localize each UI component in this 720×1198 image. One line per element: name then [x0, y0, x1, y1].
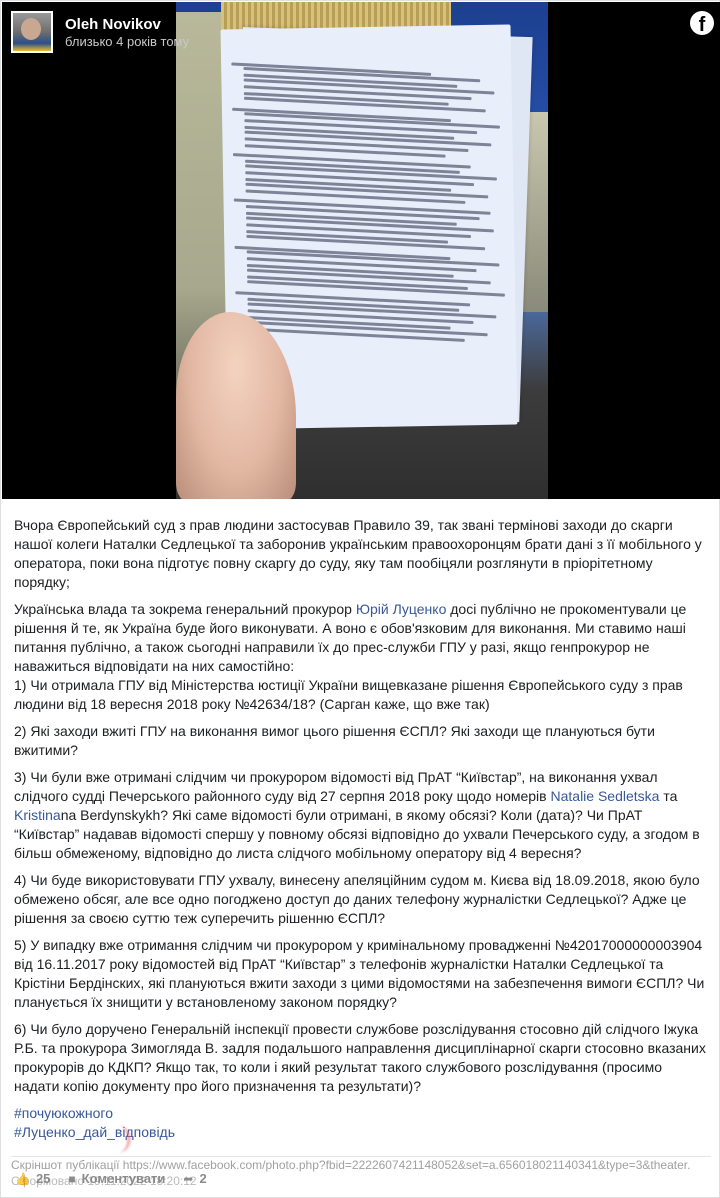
post-media[interactable]: Oleh Novikov близько 4 років тому f	[2, 2, 720, 499]
footer-divider	[11, 1156, 711, 1157]
text: та	[659, 788, 677, 804]
question-1: 1) Чи отримала ГПУ від Міністерства юсти…	[14, 677, 683, 712]
post-card: Oleh Novikov близько 4 років тому f Вчор…	[0, 0, 720, 1198]
like-count: 25	[36, 1171, 50, 1186]
post-photo[interactable]	[176, 2, 548, 499]
mention-link-kristina[interactable]: Kristina	[14, 807, 61, 823]
paragraph-intro: Вчора Європейський суд з прав людини зас…	[14, 516, 709, 592]
hashtag-link[interactable]: #почуюкожного	[14, 1104, 709, 1123]
comment-button[interactable]: ■ Коментувати	[68, 1171, 165, 1186]
engagement-bar: 👍 25 ■ Коментувати ➦ 2	[15, 1171, 225, 1186]
screenshot-note: Скріншот публікації https://www.facebook…	[11, 1158, 711, 1172]
paragraph-context: Українська влада та зокрема генеральний …	[14, 600, 709, 714]
share-arrow-icon: ➦	[183, 1172, 193, 1186]
text: na Berdynskykh? Які саме відомості були …	[14, 807, 700, 861]
question-6: 6) Чи було доручено Генеральній інспекці…	[14, 1020, 709, 1096]
question-3: 3) Чи були вже отримані слідчим чи проку…	[14, 768, 709, 863]
mention-link-lutsenko[interactable]: Юрій Луценко	[356, 601, 447, 617]
text: Українська влада та зокрема генеральний …	[14, 601, 356, 617]
post-header: Oleh Novikov близько 4 років тому f	[2, 2, 720, 62]
post-timestamp[interactable]: близько 4 років тому	[65, 34, 189, 49]
author-name[interactable]: Oleh Novikov	[65, 16, 161, 33]
avatar[interactable]	[11, 11, 53, 53]
avatar-face	[21, 18, 41, 40]
like-button[interactable]: 👍 25	[15, 1171, 50, 1186]
facebook-icon[interactable]: f	[690, 11, 714, 35]
thumbs-up-icon: 👍	[15, 1172, 30, 1186]
question-2: 2) Які заходи вжиті ГПУ на виконання вим…	[14, 722, 709, 760]
post-body: Вчора Європейський суд з прав людини зас…	[14, 516, 709, 1142]
mention-link-sedletska[interactable]: Natalie Sedletska	[551, 788, 660, 804]
comment-icon: ■	[68, 1172, 75, 1186]
question-5: 5) У випадку вже отримання слідчим чи пр…	[14, 936, 709, 1012]
question-4: 4) Чи буде використовувати ГПУ ухвалу, в…	[14, 871, 709, 928]
comment-label: Коментувати	[82, 1171, 166, 1186]
share-button[interactable]: ➦ 2	[183, 1171, 206, 1186]
red-mark-artifact	[105, 1125, 131, 1153]
share-count: 2	[199, 1171, 206, 1186]
